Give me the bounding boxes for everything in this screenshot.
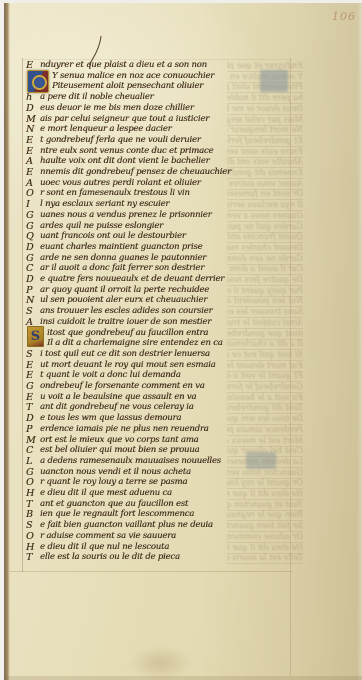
- line-text: uanes nous a vendus prenez le prisonnier: [40, 210, 211, 221]
- manuscript-line: Deus deuor ie me bis men doze chillier: [0, 103, 300, 114]
- manuscript-line: Cest bel oliuier qui mout bien se prouua: [0, 445, 300, 456]
- line-text: ntre eulx sont venus conte duc et primac…: [40, 146, 213, 157]
- manuscript-line: Se fait bien guancton vaillant plus ne d…: [0, 520, 300, 531]
- line-text: r sont en famesenaulx trestous li vin: [40, 188, 190, 199]
- line-initial-letter: D: [26, 242, 39, 253]
- line-initial-letter: O: [26, 531, 39, 542]
- line-text: haulte voix ont dit dont vient le bachel…: [40, 156, 209, 167]
- line-text: ort est le mieux que vo corps tant ama: [40, 435, 198, 446]
- line-initial-letter: M: [26, 114, 39, 125]
- line-text: a pere dit il noble cheualier: [40, 92, 153, 103]
- line-text: arde ne sen donna guanes le pautonnier: [40, 253, 206, 264]
- line-initial-letter: E: [26, 146, 39, 157]
- manuscript-line: Or aduise comment sa vie sauuera: [0, 531, 300, 542]
- line-text: nduyrer et que plaist a dieu et a son no…: [40, 60, 207, 71]
- line-initial-letter: S: [26, 306, 39, 317]
- manuscript-line: De quatre fers nouueaulx et de deuant de…: [0, 274, 300, 285]
- line-text: nnemis dit gondrebeuf pensez de cheuauch…: [40, 167, 231, 178]
- manuscript-line: Quant francois ont oui le destourbier: [0, 231, 300, 242]
- line-text: insi cuidoit le traitre iouer de son mes…: [40, 317, 211, 328]
- manuscript-line: Or quant le roy louy a terre se pasma: [0, 477, 300, 488]
- line-initial-letter: N: [26, 295, 39, 306]
- manuscript-line: De tous les wm que lassus demoura: [0, 413, 300, 424]
- page-gutter-edge: [4, 0, 10, 680]
- line-text: ais par celui seigneur que tout a iustic…: [40, 114, 209, 125]
- manuscript-line: Bien que le regnault fort lescommenca: [0, 509, 300, 520]
- line-text: ien que le regnault fort lescommenca: [40, 509, 194, 520]
- line-text: ul sen pouoient aler eurx et cheuauchier: [40, 295, 207, 306]
- line-initial-letter: G: [26, 381, 39, 392]
- line-initial-letter: E: [26, 392, 39, 403]
- line-text: elle est la souris ou le dit de pieca: [40, 552, 180, 563]
- line-text: est bel oliuier qui mout bien se prouua: [40, 445, 199, 456]
- line-initial-letter: S: [26, 520, 39, 531]
- manuscript-line: Ahaulte voix ont dit dont vient le bache…: [0, 156, 300, 167]
- line-text: ardes quil ne puisse eslongier: [40, 221, 163, 232]
- line-initial-letter: E: [26, 135, 39, 146]
- manuscript-line: Par quoy quant il orroit la perte rechui…: [0, 285, 300, 296]
- illuminated-initial-1: [27, 70, 49, 93]
- line-text: ant dit gondrebeuf ne vous celeray ia: [40, 402, 194, 413]
- line-text: euant charles maintient guancton prise: [40, 242, 202, 253]
- folio-number: 106: [332, 10, 356, 23]
- manuscript-line: Ainsi cuidoit le traitre iouer de son me…: [0, 317, 300, 328]
- line-text: e mort lenqueur a lespee dacier: [40, 124, 171, 135]
- line-text: ans trouuer les escles adides son coursi…: [40, 306, 212, 317]
- line-text: Piteusement aloit pensechant oliuier: [52, 81, 203, 92]
- line-initial-letter: C: [26, 445, 39, 456]
- line-text: e quatre fers nouueaulx et de deuant der…: [40, 274, 224, 285]
- manuscript-line: Auoec vous autres perdi rolant et oliuie…: [0, 178, 300, 189]
- line-initial-letter: D: [26, 103, 39, 114]
- line-initial-letter: E: [26, 370, 39, 381]
- manuscript-line: Si tost quil eut ce dit son destrier len…: [0, 349, 300, 360]
- manuscript-line: Tant et guancton que au faucillon est: [0, 499, 300, 510]
- line-text: uoec vous autres perdi rolant et oliuier: [40, 178, 201, 189]
- line-text: e dieu dit il que mest aduenu ca: [40, 488, 172, 499]
- line-initial-letter: A: [26, 156, 39, 167]
- manuscript-line: Ne mort lenqueur a lespee dacier: [0, 124, 300, 135]
- initial-letter-2: S: [31, 329, 40, 344]
- manuscript-line: Entre eulx sont venus conte duc et prima…: [0, 146, 300, 157]
- scan-border-top: [0, 0, 362, 3]
- manuscript-line: Car il auoit a donc fait ferrer son dest…: [0, 263, 300, 274]
- manuscript-scan: { "folio_number": "106", "colors": { "pa…: [0, 0, 362, 680]
- manuscript-line: Et gondrebeuf ferla que ne vouli deruier: [0, 135, 300, 146]
- manuscript-line: Gondrebeuf le forsenante comment en va: [0, 381, 300, 392]
- line-text: ut mort deuant le roy qui mout sen esmai…: [40, 360, 215, 371]
- line-initial-letter: h: [26, 92, 39, 103]
- line-initial-letter: I: [26, 199, 39, 210]
- line-initial-letter: G: [26, 210, 39, 221]
- line-text: l nya esclaux seriant ny escuier: [40, 199, 169, 210]
- line-initial-letter: P: [26, 424, 39, 435]
- line-initial-letter: T: [26, 552, 39, 563]
- line-text: r quant le roy louy a terre se pasma: [40, 477, 187, 488]
- page-right-edge-highlight: [357, 0, 362, 680]
- manuscript-line: Garde ne sen donna guanes le pautonnier: [0, 253, 300, 264]
- line-initial-letter: C: [26, 263, 39, 274]
- initial-letter-D-ring: [32, 75, 47, 90]
- manuscript-line: Eut mort deuant le roy qui mout sen esma…: [0, 360, 300, 371]
- manuscript-line: Sans trouuer les escles adides son cours…: [0, 306, 300, 317]
- line-text: i tost quil eut ce dit son destrier lenu…: [40, 349, 210, 360]
- manuscript-line: Mort est le mieux que vo corps tant ama: [0, 435, 300, 446]
- manuscript-line: He dieu dit il que mest aduenu ca: [0, 488, 300, 499]
- line-text: Il a dit a charlemaigne sire entendez en…: [47, 338, 223, 349]
- line-text: a dedens ramesenaulx mauuaises nouuelles: [40, 456, 221, 467]
- line-text: itost que gondrebeuf au faucillon entra: [47, 328, 208, 339]
- illuminated-initial-2: S: [27, 326, 44, 347]
- manuscript-line: Eu voit a le beaulsine que assault en va: [0, 392, 300, 403]
- manuscript-line: Telle est la souris ou le dit de pieca: [0, 552, 300, 563]
- line-text: e fait bien guancton vaillant plus ne de…: [40, 520, 213, 531]
- line-text: eus deuor ie me bis men doze chillier: [40, 103, 194, 114]
- page-bottom-edge-shadow: [4, 676, 362, 680]
- line-text: t gondrebeuf ferla que ne vouli deruier: [40, 135, 201, 146]
- manuscript-line: Tant dit gondrebeuf ne vous celeray ia: [0, 402, 300, 413]
- manuscript-line: Or sont en famesenaulx trestous li vin: [0, 188, 300, 199]
- line-text: Y senua malice en noz ace conuouchier: [52, 71, 214, 82]
- manuscript-line: Gardes quil ne puisse eslongier: [0, 221, 300, 232]
- manuscript-line: He dieu dit il que nul ne lescouta: [0, 542, 300, 553]
- line-initial-letter: M: [26, 435, 39, 446]
- line-initial-letter: E: [26, 360, 39, 371]
- line-initial-letter: G: [26, 221, 39, 232]
- parchment-page: 106 Enduyrer et que plaist a dieu et a s…: [0, 0, 362, 680]
- line-initial-letter: P: [26, 285, 39, 296]
- line-text: ar il auoit a donc fait ferrer son destr…: [40, 263, 204, 274]
- line-text: e tous les wm que lassus demoura: [40, 413, 181, 424]
- manuscript-line: Il a dit a charlemaigne sire entendez en…: [0, 338, 300, 349]
- manuscript-line: Deuant charles maintient guancton prise: [0, 242, 300, 253]
- manuscript-line: Mais par celui seigneur que tout a iusti…: [0, 114, 300, 125]
- ruling-line-bottom: [10, 571, 292, 572]
- line-initial-letter: G: [26, 253, 39, 264]
- line-initial-letter: E: [26, 167, 39, 178]
- line-text: ar quoy quant il orroit la perte rechuid…: [40, 285, 209, 296]
- line-initial-letter: O: [26, 188, 39, 199]
- line-initial-letter: H: [26, 488, 39, 499]
- line-initial-letter: D: [26, 274, 39, 285]
- line-text: ondrebeuf le forsenante comment en va: [40, 381, 205, 392]
- line-initial-letter: B: [26, 509, 39, 520]
- line-initial-letter: D: [26, 413, 39, 424]
- line-initial-letter: L: [26, 456, 39, 467]
- line-initial-letter: T: [26, 499, 39, 510]
- manuscript-line: ha pere dit il noble cheualier: [0, 92, 300, 103]
- pen-flourish: [88, 35, 104, 67]
- manuscript-line: Ennemis dit gondrebeuf pensez de cheuauc…: [0, 167, 300, 178]
- manuscript-line: itost que gondrebeuf au faucillon entra: [0, 328, 300, 339]
- manuscript-line: Nul sen pouoient aler eurx et cheuauchie…: [0, 295, 300, 306]
- line-initial-letter: H: [26, 542, 39, 553]
- line-initial-letter: A: [26, 178, 39, 189]
- manuscript-line: Il nya esclaux seriant ny escuier: [0, 199, 300, 210]
- line-text: erdence iamais pie ne plus nen reuendra: [40, 424, 209, 435]
- line-text: e dieu dit il que nul ne lescouta: [40, 542, 169, 553]
- line-text: ant et guancton que au faucillon est: [40, 499, 188, 510]
- line-text: uancton nous vendi et il nous acheta: [40, 467, 191, 478]
- manuscript-line: Guanes nous a vendus prenez le prisonnie…: [0, 210, 300, 221]
- line-text: uant francois ont oui le destourbier: [40, 231, 186, 242]
- line-initial-letter: O: [26, 477, 39, 488]
- line-text: t quant le voit a donc lui demanda: [40, 370, 181, 381]
- manuscript-line: Guancton nous vendi et il nous acheta: [0, 467, 300, 478]
- manuscript-line: Et quant le voit a donc lui demanda: [0, 370, 300, 381]
- line-initial-letter: S: [26, 349, 39, 360]
- line-initial-letter: Q: [26, 231, 39, 242]
- line-text: u voit a le beaulsine que assault en va: [40, 392, 196, 403]
- parchment-stain: [128, 646, 192, 680]
- manuscript-line: Perdence iamais pie ne plus nen reuendra: [0, 424, 300, 435]
- scan-border-left: [0, 0, 4, 680]
- line-initial-letter: G: [26, 467, 39, 478]
- line-initial-letter: T: [26, 402, 39, 413]
- line-initial-letter: N: [26, 124, 39, 135]
- line-text: r aduise comment sa vie sauuera: [40, 531, 176, 542]
- manuscript-line: La dedens ramesenaulx mauuaises nouuelle…: [0, 456, 300, 467]
